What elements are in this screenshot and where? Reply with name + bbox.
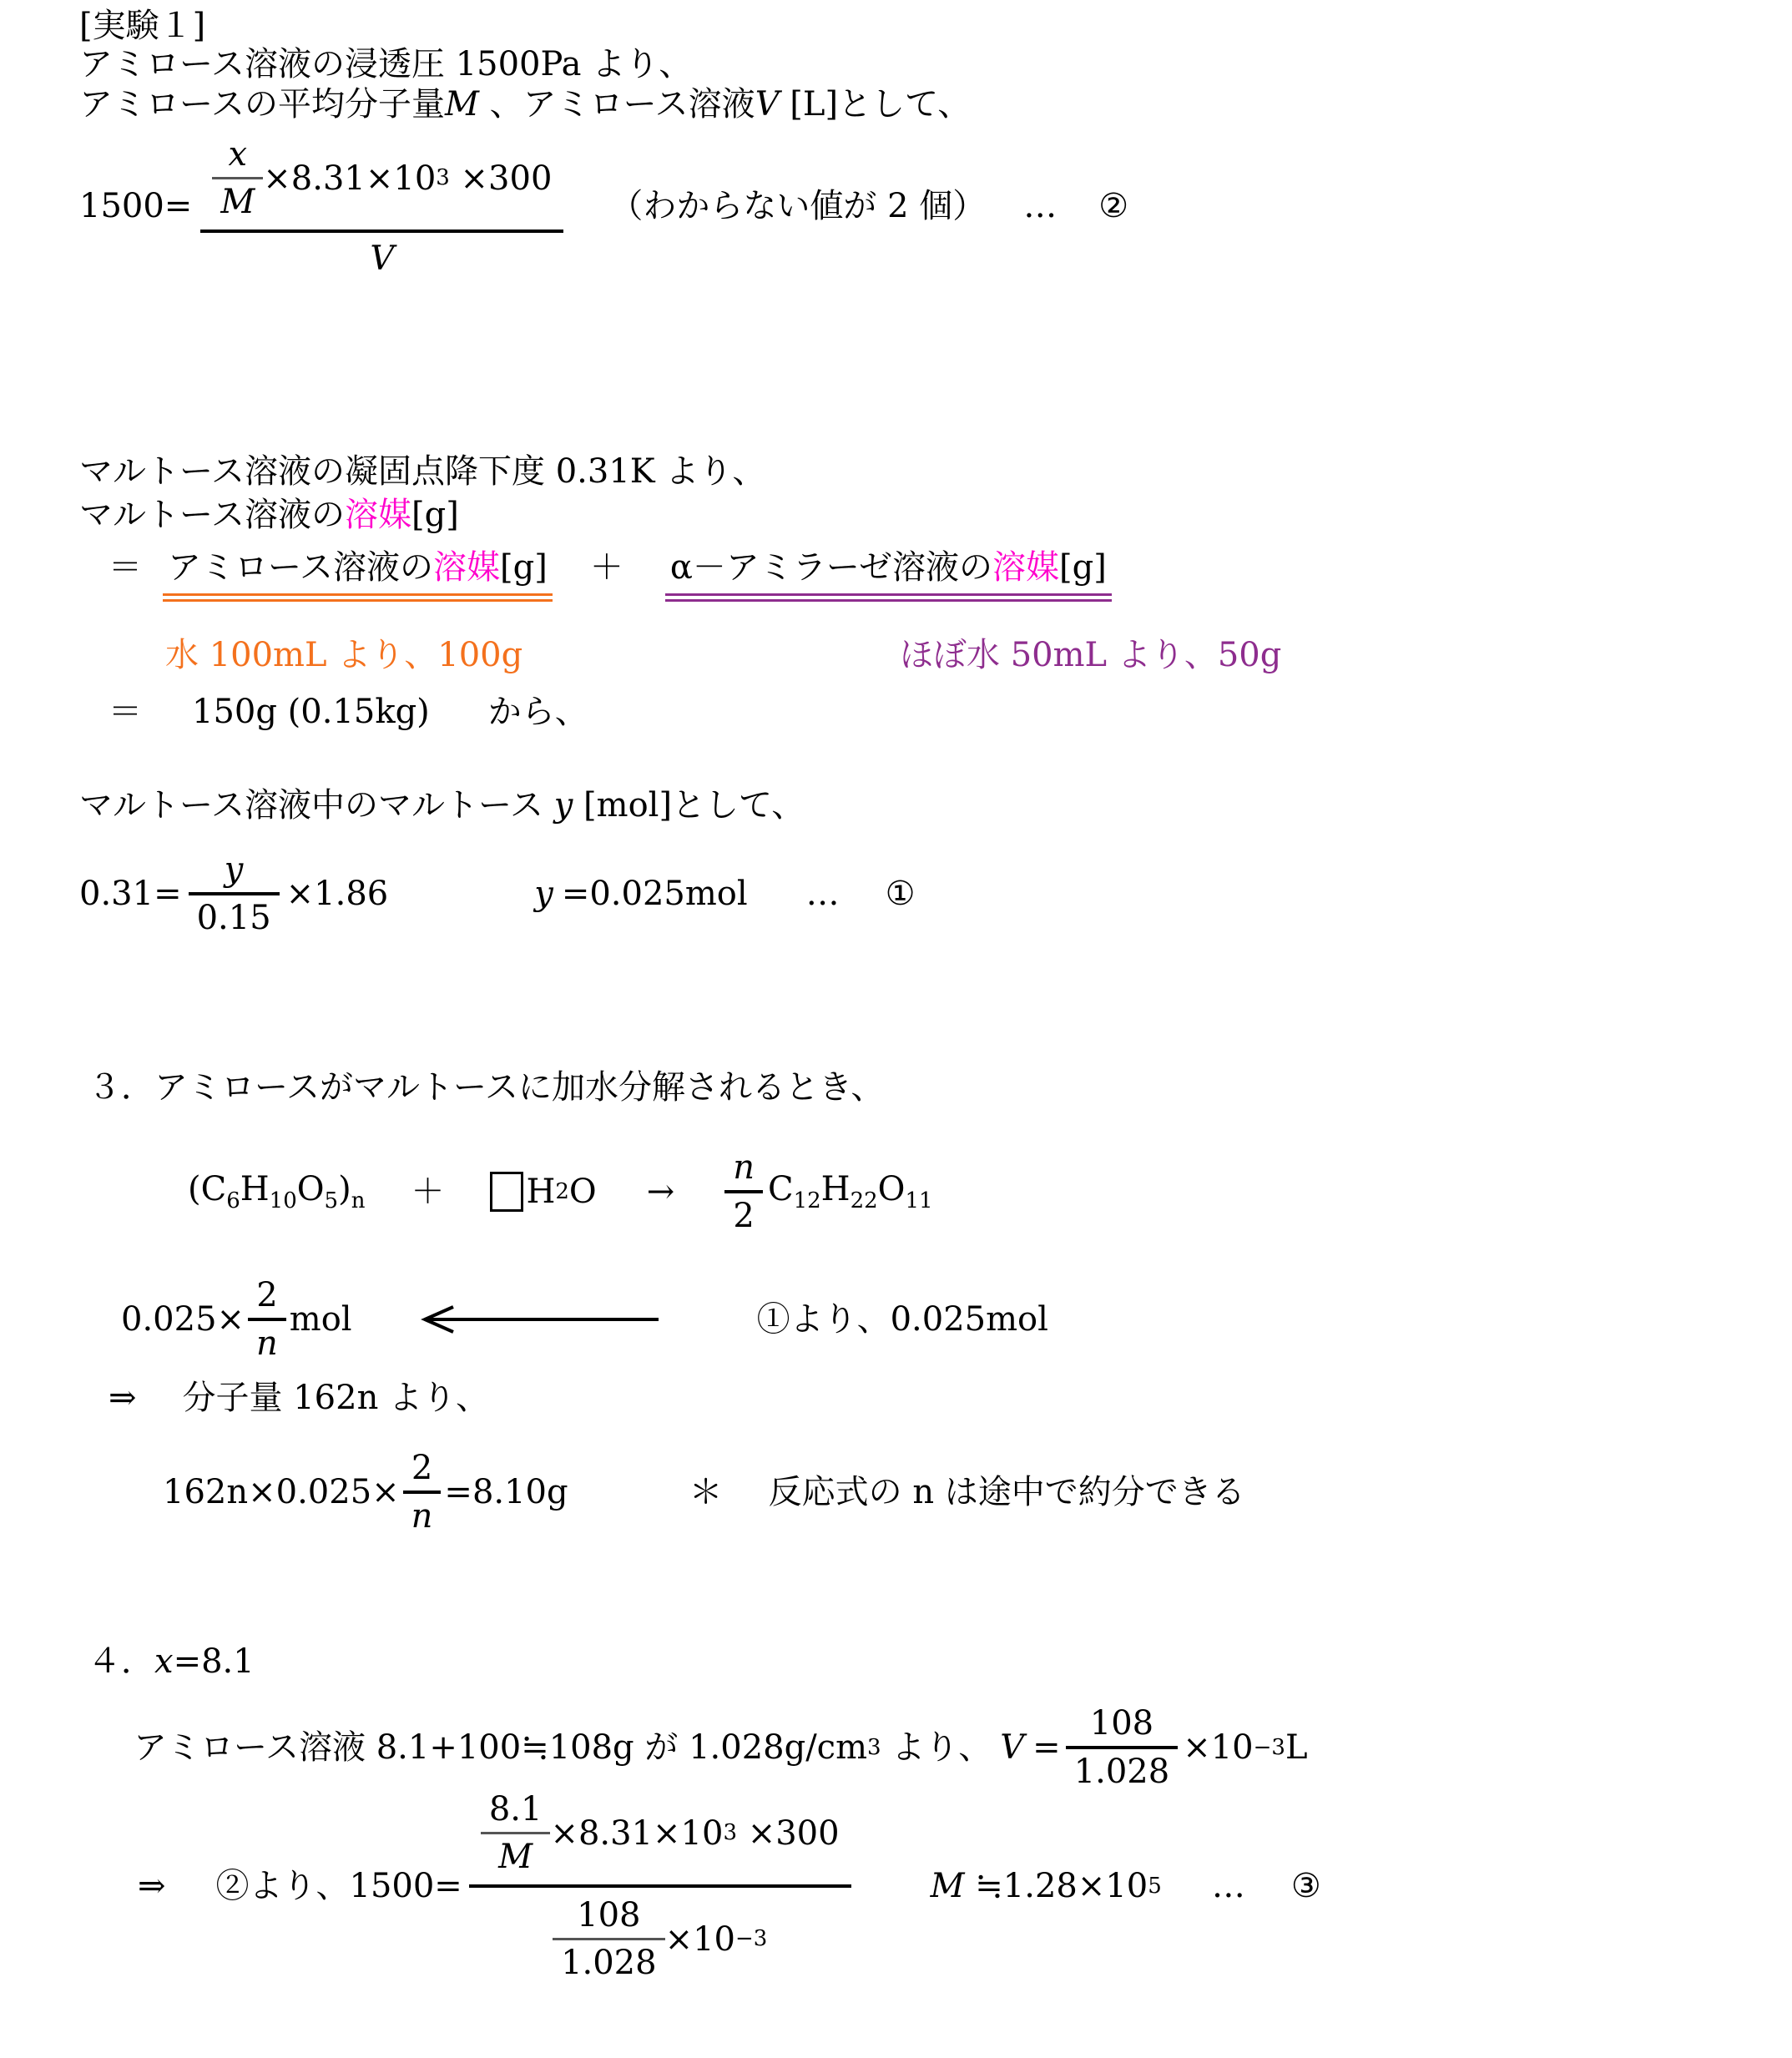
- var-x: x: [229, 134, 248, 175]
- var-V: V: [1000, 1727, 1024, 1768]
- final-equation: ⇒②より、1500=8.1M×8.31×103 ×3001081.028×10−…: [138, 1782, 1321, 1990]
- amylose-term-pre: アミロース溶液の: [168, 548, 433, 587]
- water-H: H: [526, 1171, 555, 1213]
- osmotic-pressure-line: アミロース溶液の浸透圧 1500Pa より、: [79, 43, 692, 85]
- solvent-word: 溶媒: [433, 548, 500, 587]
- worksheet-page: [実験１] アミロース溶液の浸透圧 1500Pa より、 アミロースの平均分子量…: [0, 0, 1792, 2058]
- final-label: ③: [1291, 1865, 1321, 1907]
- calc-result: =8.10g: [444, 1471, 568, 1513]
- maltose-C: C: [768, 1170, 794, 1208]
- maltose-sub-12: 12: [794, 1188, 821, 1213]
- maltose-sub-11: 11: [905, 1188, 932, 1213]
- reaction-plus: ＋: [411, 1171, 444, 1213]
- maltose-solvent-line: マルトース溶液の溶媒[g]: [79, 494, 459, 536]
- eq2-denominator: V: [358, 233, 406, 285]
- coefficient-box: [490, 1172, 523, 1212]
- amylose-sub-6: 6: [226, 1188, 240, 1213]
- coefficient-fraction: n2: [724, 1145, 763, 1238]
- implies-arrow-icon: ⇒: [138, 1865, 166, 1907]
- final-num-rest: ×8.31×10: [550, 1813, 723, 1854]
- mol-count-line: 0.025×2nmol①より、0.025mol: [121, 1273, 1048, 1366]
- water-50-note: ほぼ水 50mL より、50g: [900, 634, 1281, 676]
- amylase-term-pre: α－アミラーゼ溶液の: [670, 548, 992, 587]
- eq2-lhs: 1500=: [79, 185, 192, 227]
- var-V: V: [755, 85, 780, 124]
- amylose-H: H: [240, 1170, 270, 1208]
- total-equals: ＝: [109, 691, 142, 733]
- para-pre: アミロース溶液 8.1+100≒108g が 1.028g/cm: [134, 1727, 867, 1768]
- section3-heading: ３．アミロースがマルトースに加水分解されるとき、: [88, 1067, 884, 1108]
- mol-unit: mol: [290, 1299, 352, 1340]
- volume-frac-num: 108: [1082, 1701, 1162, 1746]
- section4-heading: ４．x=8.1: [88, 1641, 255, 1682]
- variables-line-tail: [L]として、: [780, 85, 972, 124]
- eq2-numerator: xM×8.31×103 ×300: [200, 127, 563, 230]
- para-exp: −3: [1254, 1734, 1285, 1762]
- var-n: n: [733, 1147, 755, 1188]
- final-num-tail: ×300: [737, 1813, 840, 1854]
- maltose-O: O: [878, 1170, 906, 1208]
- eq2-note: （わからない値が 2 個）: [609, 185, 986, 227]
- eq1-lhs: 0.31=: [79, 873, 182, 915]
- amylose-formula: (C6H10O5)n: [188, 1168, 365, 1215]
- water-100-note: 水 100mL より、100g: [165, 634, 522, 676]
- para-equals: =: [1032, 1727, 1061, 1768]
- final-num-exp: 3: [723, 1819, 737, 1847]
- eq1-dots: …: [806, 873, 840, 915]
- mol-note: ①より、0.025mol: [757, 1299, 1048, 1340]
- calc-note: 反応式の n は途中で約分できる: [769, 1471, 1245, 1513]
- final-den-exp: −3: [735, 1925, 767, 1953]
- mol-frac-den: n: [248, 1321, 286, 1366]
- coef-den: 2: [724, 1193, 762, 1238]
- eq2-inner-num: x: [220, 132, 256, 177]
- eq2-inner-fraction: xM: [212, 132, 263, 224]
- amylose-solvent-term: アミロース溶液の溶媒[g]: [163, 547, 553, 602]
- final-result-exp: 5: [1148, 1873, 1162, 1900]
- maltose-H: H: [821, 1170, 851, 1208]
- sum-plus: ＋: [590, 547, 623, 588]
- amylose-O: O: [297, 1170, 325, 1208]
- implies-arrow-icon: ⇒: [109, 1377, 137, 1419]
- amylase-solvent-term: α－アミラーゼ溶液の溶媒[g]: [665, 547, 1112, 602]
- water-O: O: [569, 1171, 597, 1213]
- final-num-inner-den: M: [490, 1834, 541, 1879]
- mass-calc-line: 162n×0.025×2n=8.10g＊反応式の n は途中で約分できる: [163, 1445, 1245, 1539]
- eq1-fraction: y0.15: [189, 847, 280, 941]
- var-y: y: [225, 849, 244, 890]
- calc-star: ＊: [689, 1471, 723, 1513]
- maltose-sub-22: 22: [851, 1188, 878, 1213]
- variables-line: アミロースの平均分子量M 、アミロース溶液V [L]として、: [79, 83, 971, 125]
- water-term: H2O: [490, 1171, 596, 1213]
- para-tail: ×10: [1183, 1727, 1253, 1768]
- final-lhs: ②より、1500=: [216, 1865, 462, 1907]
- experiment-title: [実験１]: [79, 5, 205, 47]
- final-den-inner-den: 1.028: [553, 1940, 665, 1985]
- var-V: V: [370, 238, 394, 280]
- variables-line-mid: 、アミロース溶液: [479, 85, 755, 124]
- calc-pre: 162n×0.025×: [163, 1471, 400, 1513]
- equation-freezing: 0.31=y0.15×1.86y=0.025mol…①: [79, 847, 916, 941]
- sum-equals: ＝: [109, 547, 142, 588]
- total-tail: から、: [488, 691, 588, 733]
- sec4-value: =8.1: [174, 1641, 255, 1682]
- para-mid: より、: [881, 1727, 992, 1768]
- solvent-sum-line: ＝アミロース溶液の溶媒[g]＋α－アミラーゼ溶液の溶媒[g]: [109, 547, 1112, 602]
- amylose-sub-n: n: [351, 1188, 366, 1213]
- solvent-line-unit: [g]: [411, 496, 459, 534]
- water-sub-2: 2: [555, 1178, 569, 1206]
- volume-fraction: 1081.028: [1066, 1701, 1179, 1794]
- var-M: M: [498, 1836, 533, 1878]
- eq2-dots: …: [1023, 185, 1057, 227]
- section4-paragraph: アミロース溶液 8.1+100≒108g が 1.028g/cm3 より、V=1…: [134, 1701, 1308, 1794]
- final-dots: …: [1212, 1865, 1245, 1907]
- final-num-inner-fraction: 8.1M: [481, 1787, 551, 1879]
- eq2-label: ②: [1098, 185, 1128, 227]
- total-value: 150g (0.15kg): [192, 691, 430, 733]
- eq2-num-exp: 3: [436, 164, 450, 192]
- final-den-rest: ×10: [665, 1919, 735, 1960]
- final-denominator: 1081.028×10−3: [541, 1888, 779, 1990]
- left-arrow-icon: [415, 1303, 665, 1336]
- final-num-inner-num: 8.1: [481, 1787, 551, 1832]
- var-n: n: [411, 1496, 433, 1537]
- var-x: x: [154, 1641, 174, 1682]
- final-numerator: 8.1M×8.31×103 ×300: [469, 1782, 851, 1884]
- var-y: y: [534, 873, 553, 915]
- calc-fraction: 2n: [403, 1445, 442, 1539]
- solvent-total-line: ＝150g (0.15kg)から、: [109, 691, 588, 733]
- solvent-word: 溶媒: [345, 496, 411, 534]
- final-result: ≒1.28×10: [965, 1865, 1148, 1907]
- var-n: n: [256, 1323, 278, 1364]
- amylose-sub-5: 5: [325, 1188, 339, 1213]
- solvent-line-pre: マルトース溶液の: [79, 496, 345, 534]
- eq2-num-rest: ×8.31×10: [263, 158, 436, 199]
- maltose-mol-pre: マルトース溶液中のマルトース: [79, 786, 554, 825]
- calc-frac-den: n: [403, 1494, 442, 1539]
- eq2-fraction: xM×8.31×103 ×300V: [200, 127, 563, 285]
- reaction-arrow-icon: →: [647, 1171, 675, 1213]
- final-den-inner-num: 108: [568, 1893, 649, 1938]
- amylose-term-unit: [g]: [500, 548, 548, 587]
- maltose-mol-tail: [mol]として、: [573, 786, 805, 825]
- amylase-term-unit: [g]: [1059, 548, 1107, 587]
- var-M: M: [445, 85, 479, 124]
- calc-frac-num: 2: [403, 1445, 441, 1491]
- final-fraction: 8.1M×8.31×103 ×3001081.028×10−3: [469, 1782, 851, 1990]
- para-unit: L: [1285, 1727, 1308, 1768]
- eq1-den: 0.15: [189, 895, 280, 941]
- amylose-close: ): [338, 1170, 351, 1208]
- eq1-label: ①: [886, 873, 916, 915]
- mol-pre: 0.025×: [121, 1299, 245, 1340]
- para-sup-3: 3: [867, 1734, 881, 1762]
- eq1-num: y: [216, 847, 252, 892]
- sec4-number: ４．: [88, 1641, 154, 1682]
- eq1-result: =0.025mol: [562, 873, 748, 915]
- reaction-equation: (C6H10O5)n＋H2O→n2C12H22O11: [188, 1145, 933, 1238]
- equation-osmotic: 1500=xM×8.31×103 ×300V（わからない値が 2 個）…②: [79, 127, 1128, 285]
- var-M: M: [220, 181, 255, 223]
- mw-text: 分子量 162n より、: [183, 1377, 490, 1419]
- amylose-sub-10: 10: [270, 1188, 297, 1213]
- eq1-times: ×1.86: [286, 873, 389, 915]
- mol-fraction: 2n: [248, 1273, 286, 1366]
- coef-num: n: [724, 1145, 763, 1190]
- var-y: y: [554, 786, 573, 825]
- var-M: M: [931, 1865, 965, 1907]
- eq2-num-tail: ×300: [450, 158, 553, 199]
- maltose-formula: C12H22O11: [768, 1168, 933, 1215]
- molecular-weight-line: ⇒分子量 162n より、: [109, 1377, 489, 1419]
- amylose-open: (C: [188, 1170, 226, 1208]
- variables-line-pre: アミロースの平均分子量: [79, 85, 445, 124]
- freezing-point-line: マルトース溶液の凝固点降下度 0.31K より、: [79, 451, 765, 492]
- final-den-inner-fraction: 1081.028: [553, 1893, 665, 1985]
- maltose-mol-line: マルトース溶液中のマルトース y [mol]として、: [79, 784, 805, 826]
- solvent-word: 溶媒: [992, 548, 1059, 587]
- mol-frac-num: 2: [248, 1273, 285, 1318]
- eq2-inner-den: M: [212, 179, 263, 224]
